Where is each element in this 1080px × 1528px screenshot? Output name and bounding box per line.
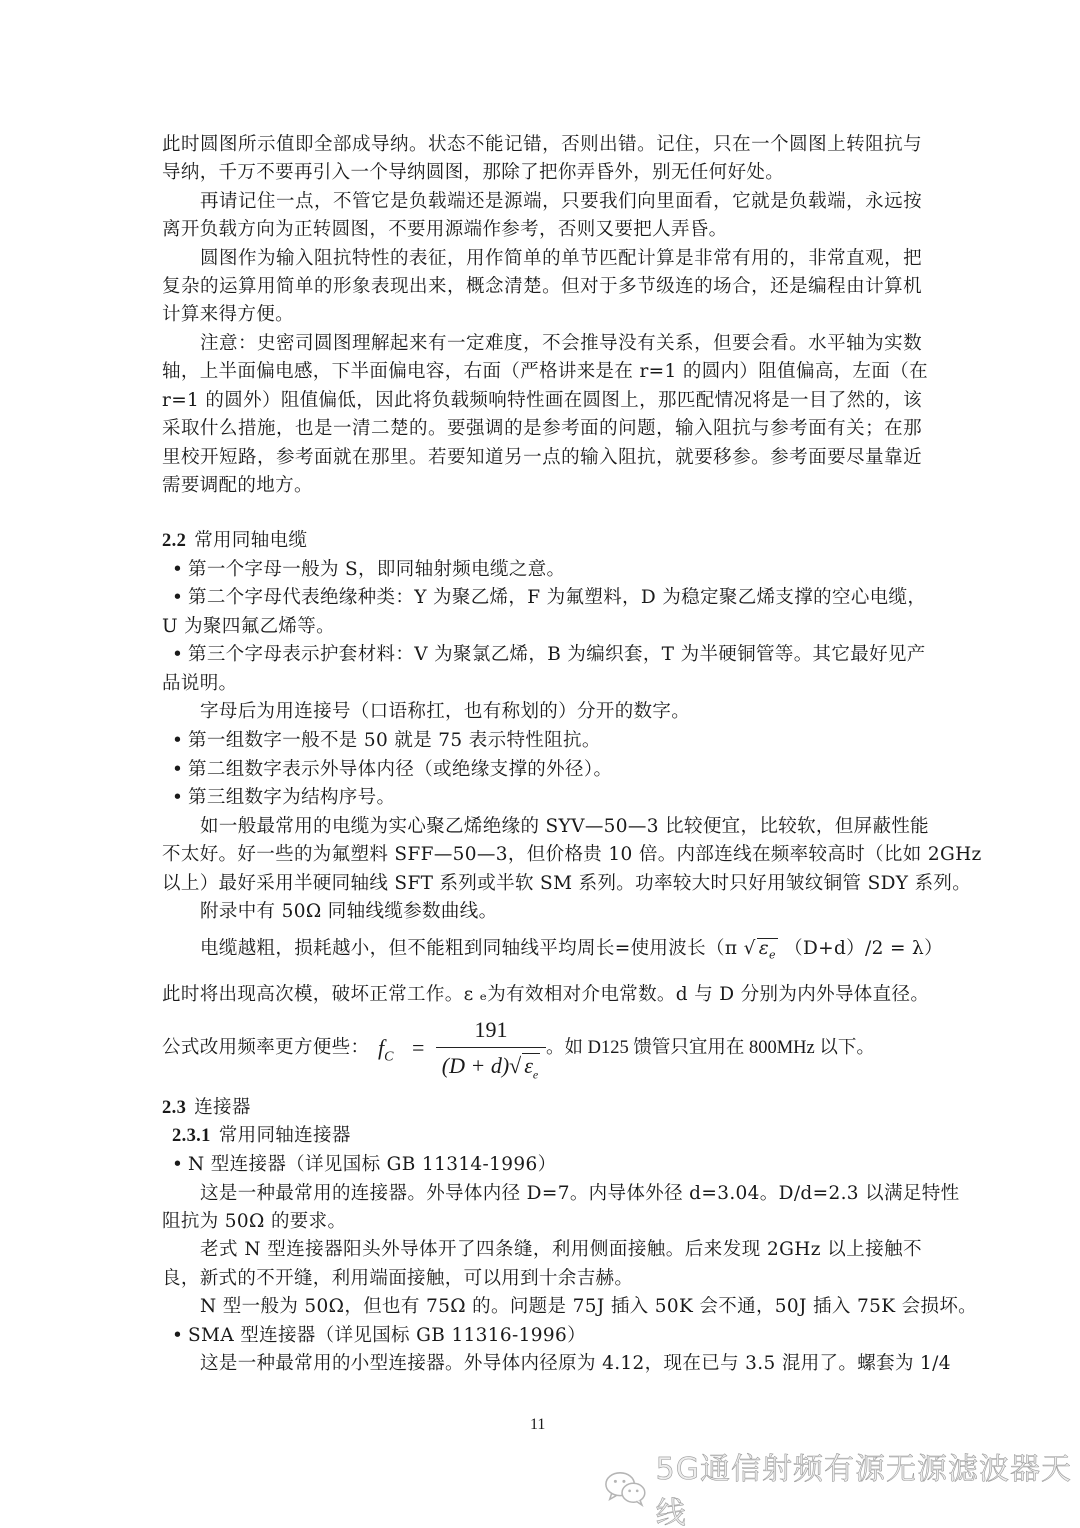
text-line: 采取什么措施，也是一清二楚的。要强调的是参考面的问题，输入阻抗与参考面有关；在那 — [162, 415, 922, 443]
text-line: 品说明。 — [162, 670, 922, 698]
subsection-title: 常用同轴连接器 — [219, 1125, 351, 1146]
sqrt-symbol: √ — [744, 938, 756, 959]
section-heading-2-2: 2.2常用同轴电缆 — [162, 527, 922, 555]
bullet-item: •第二组数字表示外导体内径（或绝缘支撑的外径）。 — [172, 756, 922, 784]
text-line: 里校开短路，参考面就在那里。若要知道另一点的输入阻抗，就要移参。参考面要尽量靠近 — [162, 444, 922, 472]
pi-symbol: π — [725, 938, 738, 959]
denominator-d-sum: (D + d) — [442, 1053, 509, 1078]
formula-numerator: 191 — [436, 1015, 546, 1045]
text-line: 复杂的运算用简单的形象表现出来，概念清楚。但对于多节级连的场合，还是编程由计算机 — [162, 273, 922, 301]
bullet-text: N 型连接器（详见国标 GB 11314-1996） — [188, 1154, 557, 1175]
text-line: 计算来得方便。 — [162, 301, 922, 329]
text-line: 圆图作为输入阻抗特性的表征，用作简单的单节匹配计算是非常有用的，非常直观，把 — [200, 245, 922, 273]
text-line: 阻抗为 50Ω 的要求。 — [162, 1208, 922, 1236]
watermark: 5G通信射频有源无源滤波器天线 — [604, 1468, 1080, 1508]
bullet-marker: • — [172, 556, 188, 584]
text-line: 附录中有 50Ω 同轴线缆参数曲线。 — [200, 898, 922, 926]
text-line: 离开负载方向为正转圆图，不要用源端作参考，否则又要把人弄昏。 — [162, 216, 922, 244]
bullet-text: 第二组数字表示外导体内径（或绝缘支撑的外径）。 — [188, 759, 612, 780]
page-number: 11 — [530, 1416, 545, 1434]
text-line: N 型一般为 50Ω，但也有 75Ω 的。问题是 75J 插入 50K 会不通，… — [200, 1293, 922, 1321]
formula-fraction: 191 (D + d)√εe — [436, 1015, 546, 1082]
text-line: 导纳，千万不要再引入一个导纳圆图，那除了把你弄昏外，别无任何好处。 — [162, 159, 922, 187]
sqrt-symbol: √ — [509, 1053, 521, 1078]
text-line: 注意：史密司圆图理解起来有一定难度，不会推导没有关系，但要会看。水平轴为实数 — [200, 330, 922, 358]
formula-denominator: (D + d)√εe — [436, 1050, 546, 1082]
bullet-text: 第二个字母代表绝缘种类：Y 为聚乙烯，F 为氟塑料，D 为稳定聚乙烯支撑的空心电… — [188, 587, 926, 608]
text-line: 此时圆图所示值即全部成导纳。状态不能记错，否则出错。记住，只在一个圆图上转阻抗与 — [162, 131, 922, 159]
cutoff-frequency-formula: 公式改用频率更方便些： fC = 191 (D + d)√εe 。如 D125 … — [162, 1015, 922, 1085]
bullet-item: •第一个字母一般为 S，即同轴射频电缆之意。 — [172, 556, 922, 584]
cable-line-suffix: （D+d）/2 = λ） — [784, 938, 943, 959]
epsilon-subscript: e — [533, 1067, 538, 1081]
wechat-icon — [604, 1469, 648, 1507]
text-line: 如一般最常用的电缆为实心聚乙烯绝缘的 SYV—50—3 比较便宜，比较软，但屏蔽… — [200, 813, 922, 841]
epsilon-symbol: ε — [759, 938, 769, 959]
higher-order-mode-line: 此时将出现高次模，破坏正常工作。ε ₑ为有效相对介电常数。d 与 D 分别为内外… — [162, 981, 922, 1009]
text-line: 老式 N 型连接器阳头外导体开了四条缝，利用侧面接触。后来发现 2GHz 以上接… — [200, 1236, 922, 1264]
formula-lead-text: 公式改用频率更方便些： — [162, 1033, 369, 1059]
fraction-bar — [436, 1047, 546, 1048]
section-title: 常用同轴电缆 — [194, 530, 307, 551]
sqrt-radicand: εe — [757, 938, 778, 962]
subsection-number: 2.3.1 — [172, 1126, 211, 1146]
epsilon-symbol: ε — [524, 1053, 533, 1078]
bullet-item: •第三组数字为结构序号。 — [172, 784, 922, 812]
bullet-marker: • — [172, 1322, 188, 1350]
formula-equals: = — [412, 1035, 424, 1061]
bullet-item: •第二个字母代表绝缘种类：Y 为聚乙烯，F 为氟塑料，D 为稳定聚乙烯支撑的空心… — [172, 584, 922, 612]
text-line: 需要调配的地方。 — [162, 472, 922, 500]
text-line: 以上）最好采用半硬同轴线 SFT 系列或半软 SM 系列。功率较大时只好用皱纹铜… — [162, 870, 922, 898]
bullet-marker: • — [172, 1151, 188, 1179]
text-line: 良，新式的不开缝，利用端面接触，可以用到十余吉赫。 — [162, 1265, 922, 1293]
epsilon-subscript: e — [769, 949, 776, 962]
text-line: 这是一种最常用的连接器。外导体内径 D=7。内导体外径 d=3.04。D/d=2… — [200, 1180, 922, 1208]
bullet-text: 第三个字母表示护套材料：V 为聚氯乙烯，B 为编织套，T 为半硬铜管等。其它最好… — [188, 644, 926, 665]
text-line: r=1 的圆外）阻值偏低，因此将负载频响特性画在圆图上，那匹配情况将是一目了然的… — [162, 387, 922, 415]
bullet-marker: • — [172, 756, 188, 784]
section-number: 2.2 — [162, 531, 186, 551]
watermark-text: 5G通信射频有源无源滤波器天线 — [656, 1444, 1080, 1528]
bullet-text: 第一个字母一般为 S，即同轴射频电缆之意。 — [188, 559, 565, 580]
section-number: 2.3 — [162, 1098, 186, 1118]
section-title: 连接器 — [194, 1097, 251, 1118]
text-line: U 为聚四氟乙烯等。 — [162, 613, 922, 641]
cable-thickness-line: 电缆越粗，损耗越小，但不能粗到同轴线平均周长=使用波长（π √εe （D+d）/… — [200, 935, 922, 963]
subsection-heading-2-3-1: 2.3.1常用同轴连接器 — [172, 1122, 932, 1150]
sqrt-radicand: εe — [522, 1053, 540, 1082]
formula-f-subscript: C — [384, 1049, 393, 1064]
bullet-marker: • — [172, 784, 188, 812]
bullet-text: 第一组数字一般不是 50 就是 75 表示特性阻抗。 — [188, 730, 601, 751]
text-line: 这是一种最常用的小型连接器。外导体内径原为 4.12，现在已与 3.5 混用了。… — [200, 1350, 922, 1378]
bullet-text: SMA 型连接器（详见国标 GB 11316-1996） — [188, 1325, 586, 1346]
bullet-marker: • — [172, 584, 188, 612]
bullet-marker: • — [172, 641, 188, 669]
bullet-marker: • — [172, 727, 188, 755]
bullet-item: •第一组数字一般不是 50 就是 75 表示特性阻抗。 — [172, 727, 922, 755]
document-page: 此时圆图所示值即全部成导纳。状态不能记错，否则出错。记住，只在一个圆图上转阻抗与… — [0, 0, 1080, 1528]
text-line: 不太好。好一些的为氟塑料 SFF—50—3，但价格贵 10 倍。内部连线在频率较… — [162, 841, 922, 869]
text-line: 再请记住一点，不管它是负载端还是源端，只要我们向里面看，它就是负载端，永远按 — [200, 188, 922, 216]
text-line: 字母后为用连接号（口语称扛，也有称划的）分开的数字。 — [200, 698, 922, 726]
formula-lhs: fC — [378, 1035, 393, 1065]
section-heading-2-3: 2.3连接器 — [162, 1094, 922, 1122]
bullet-item: •N 型连接器（详见国标 GB 11314-1996） — [172, 1151, 922, 1179]
text-line: 轴，上半面偏电感，下半面偏电容，右面（严格讲来是在 r=1 的圆内）阻值偏高，左… — [162, 358, 922, 386]
cable-line-prefix: 电缆越粗，损耗越小，但不能粗到同轴线平均周长=使用波长（ — [200, 938, 725, 959]
formula-tail-text: 。如 D125 馈管只宜用在 800MHz 以下。 — [546, 1033, 875, 1059]
bullet-item: •SMA 型连接器（详见国标 GB 11316-1996） — [172, 1322, 922, 1350]
bullet-item: •第三个字母表示护套材料：V 为聚氯乙烯，B 为编织套，T 为半硬铜管等。其它最… — [172, 641, 922, 669]
bullet-text: 第三组数字为结构序号。 — [188, 787, 395, 808]
